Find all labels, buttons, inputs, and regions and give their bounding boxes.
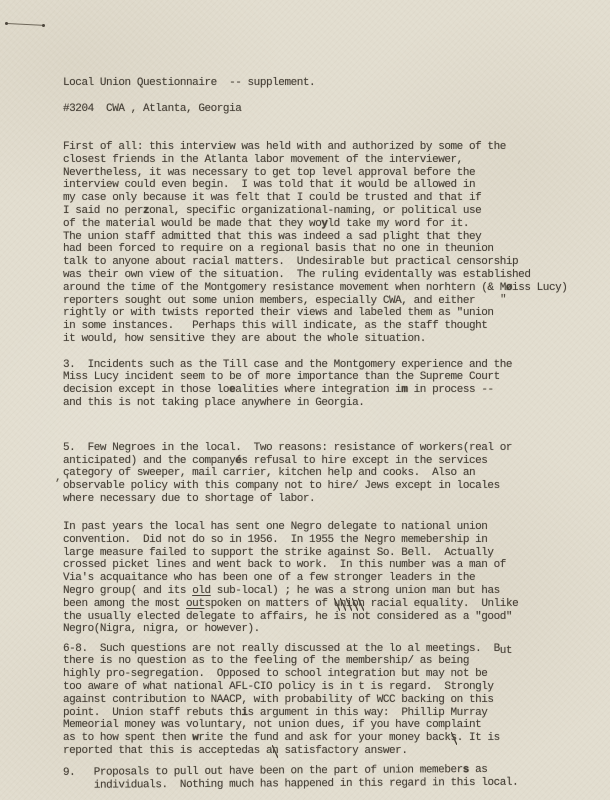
text-run: old <box>192 585 210 597</box>
doc-line: there is no question as to the feeling o… <box>63 655 598 668</box>
doc-line: Local Union Questionnaire -- supplement. <box>63 77 598 90</box>
text-run: crossed picket lines and went back to wo… <box>63 559 506 571</box>
doc-line: Miss Lucy incident seem to be of more im… <box>63 371 598 384</box>
header-title: Local Union Questionnaire -- supplement. <box>63 77 598 90</box>
para-item-9: 9. Proposals to pull out have been on th… <box>63 764 598 793</box>
doc-line: my case only because it was felt that I … <box>63 192 598 205</box>
doc-line: around the time of the Montgomery resist… <box>63 282 598 295</box>
para-item-5: 5. Few Negroes in the local. Two reasons… <box>63 442 598 506</box>
stray-ink-character: " <box>500 294 507 306</box>
text-run: Negro(Nigra, nigra, or however). <box>63 623 260 635</box>
text-run: against contribution to NAACP, with prob… <box>63 694 494 706</box>
doc-line: large measure failed to support the stri… <box>63 547 598 560</box>
text-run: onal, specific organizational-naming, or… <box>149 205 481 217</box>
text-run: of the material would be made that they … <box>63 218 321 230</box>
doc-line: observable policy with this company not … <box>63 480 598 493</box>
text-run: rightly or with twists reported their vi… <box>63 307 494 319</box>
text-run: I said no per <box>63 205 143 217</box>
doc-line: Memeorial money was voluntary, not union… <box>63 719 598 732</box>
doc-line: 5. Few Negroes in the local. Two reasons… <box>63 442 598 455</box>
text-run: observable policy with this company not … <box>63 480 500 492</box>
text-run: talk to anyone about racial matters. Und… <box>63 256 518 268</box>
stray-ink-character: ' <box>64 475 71 487</box>
text-run: #3204 CWA , Atlanta, Georgia <box>63 103 241 115</box>
text-run: around the time of the Montgomery resist… <box>63 282 506 294</box>
text-run: the usually elected delegate to affairs,… <box>63 611 512 623</box>
doc-line: individuals. Nothing much has happened i… <box>63 776 598 793</box>
typewritten-text-block: Local Union Questionnaire -- supplement.… <box>63 77 598 791</box>
text-run: had been forced to require on a regional… <box>63 243 494 255</box>
para-introduction: First of all: this interview was held wi… <box>63 141 598 346</box>
text-run: interview could even begin. I was told t… <box>63 179 475 191</box>
doc-line: was their own view of the situation. The… <box>63 269 598 282</box>
text-run: in some instances. Perhaps this will ind… <box>63 320 487 332</box>
text-run: was their own view of the situation. The… <box>63 269 530 281</box>
text-run: it would, how sensitive they are about t… <box>63 333 426 345</box>
text-run: category of sweeper, mail carrier, kitch… <box>63 467 475 479</box>
text-run: . It is <box>457 732 500 744</box>
text-run: Nevertheless, it was necessary to get to… <box>63 167 475 179</box>
doc-line: where necessary due to shortage of labor… <box>63 493 598 506</box>
doc-line: decision except in those loealities wher… <box>63 384 598 397</box>
text-run: closest friends in the Atlanta labor mov… <box>63 154 463 166</box>
doc-line: Negro group( and its old sub-local) ; he… <box>63 585 598 598</box>
doc-line: interview could even begin. I was told t… <box>63 179 598 192</box>
ink-dot <box>5 22 8 25</box>
doc-line: Negro(Nigra, nigra, or however). <box>63 623 598 636</box>
text-run: alities where integration i <box>235 384 401 396</box>
text-run: iss Lucy) <box>512 282 567 294</box>
text-run: in process -- <box>408 384 494 396</box>
text-run: 5. Few Negroes in the local. Two reasons… <box>63 442 512 454</box>
doc-line: #3204 CWA , Atlanta, Georgia <box>63 103 598 116</box>
text-run: Miss Lucy incident seem to be of more im… <box>63 371 500 383</box>
text-run: satisfactory answer. <box>278 745 407 757</box>
ink-dot <box>42 24 45 27</box>
text-run: 6-8. Such questions are not really discu… <box>63 643 500 655</box>
text-run: rite the fund and ask for your money bac… <box>198 732 450 744</box>
doc-line: had been forced to require on a regional… <box>63 243 598 256</box>
text-run: The union staff admitted that this was i… <box>63 231 481 243</box>
text-run: as <box>469 764 488 776</box>
stray-ink-character: , <box>55 472 62 484</box>
text-run: s argument in this way: Phillip Murray <box>248 707 488 719</box>
text-run: s refusal to hire except in the services <box>241 455 487 467</box>
text-run: Memeorial money was voluntary, not union… <box>63 719 481 731</box>
doc-line: reported that this is acceptedas an sati… <box>63 745 598 758</box>
para-delegate: In past years the local has sent one Neg… <box>63 521 598 636</box>
text-run: too aware of what national AFL-CIO polic… <box>63 681 494 693</box>
doc-line: talk to anyone about racial matters. Und… <box>63 256 598 269</box>
text-run: In past years the local has sent one Neg… <box>63 521 487 533</box>
doc-line: I said no perzonal, specific organizatio… <box>63 205 598 218</box>
text-run: point. Union staff rebuts th <box>63 707 241 719</box>
text-run: individuals. Nothing much has happened i… <box>63 777 518 792</box>
doc-line: crossed picket lines and went back to wo… <box>63 559 598 572</box>
text-run: spoken on matters of <box>205 598 334 610</box>
text-run: large measure failed to support the stri… <box>63 547 494 559</box>
text-run: been among the most <box>63 598 186 610</box>
doc-line: too aware of what national AFL-CIO polic… <box>63 681 598 694</box>
text-run: First of all: this interview was held wi… <box>63 141 506 153</box>
doc-line: highly pro-segregation. Opposed to schoo… <box>63 668 598 681</box>
text-run: 3. Incidents such as the Till case and t… <box>63 359 512 371</box>
doc-line: of the material would be made that they … <box>63 218 598 231</box>
text-run: ut <box>500 644 512 657</box>
text-run: Local Union Questionnaire -- supplement. <box>63 77 315 89</box>
header-local-id: #3204 CWA , Atlanta, Georgia <box>63 103 598 116</box>
doc-line: and this is not taking place anywhere in… <box>63 397 598 410</box>
doc-line: as to how spent then write the fund and … <box>63 732 598 745</box>
text-run: sub-local) ; he was a strong union man b… <box>211 585 500 597</box>
text-run: out <box>186 598 204 610</box>
para-item-3: 3. Incidents such as the Till case and t… <box>63 359 598 410</box>
text-run: reported that this is acceptedas a <box>63 745 272 757</box>
doc-line: point. Union staff rebuts this argument … <box>63 707 598 720</box>
doc-line: anticipated) and the companyés refusal t… <box>63 455 598 468</box>
doc-line: in some instances. Perhaps this will ind… <box>63 320 598 333</box>
text-run: convention. Did not do so in 1956. In 19… <box>63 534 487 546</box>
doc-line: the usually elected delegate to affairs,… <box>63 611 598 624</box>
doc-line: rightly or with twists reported their vi… <box>63 307 598 320</box>
text-run: Via's acquaitance who has been one of a … <box>63 572 475 584</box>
para-item-6-8: 6-8. Such questions are not really discu… <box>63 643 598 758</box>
doc-line: Nevertheless, it was necessary to get to… <box>63 167 598 180</box>
doc-line: reporters sought out some union members,… <box>63 295 598 308</box>
text-run: there is no question as to the feeling o… <box>63 655 469 667</box>
scratch-mark <box>7 23 44 26</box>
doc-line: it would, how sensitive they are about t… <box>63 333 598 346</box>
doc-line: Via's acquaitance who has been one of a … <box>63 572 598 585</box>
text-run: as to how spent then <box>63 732 192 744</box>
doc-line: In past years the local has sent one Neg… <box>63 521 598 534</box>
document-page: Local Union Questionnaire -- supplement.… <box>0 0 610 800</box>
doc-line: 6-8. Such questions are not really discu… <box>63 643 598 656</box>
text-run: racial equality. Unlike <box>364 598 518 610</box>
doc-line: The union staff admitted that this was i… <box>63 231 598 244</box>
doc-line: 3. Incidents such as the Till case and t… <box>63 359 598 372</box>
doc-line: closest friends in the Atlanta labor mov… <box>63 154 598 167</box>
text-run: where necessary due to shortage of labor… <box>63 493 315 505</box>
doc-line: been among the most outspoken on matters… <box>63 598 598 611</box>
text-run: reporters sought out some union members,… <box>63 295 475 307</box>
doc-line: convention. Did not do so in 1956. In 19… <box>63 534 598 547</box>
text-run: ld take my word for it. <box>328 218 469 230</box>
doc-line: against contribution to NAACP, with prob… <box>63 694 598 707</box>
text-run: anticipated) and the company <box>63 455 235 467</box>
doc-line: First of all: this interview was held wi… <box>63 141 598 154</box>
text-run: highly pro-segregation. Opposed to schoo… <box>63 668 487 680</box>
text-run: decision except in those lo <box>63 384 229 396</box>
text-run: and this is not taking place anywhere in… <box>63 397 364 409</box>
text-run: Negro group( and its <box>63 585 192 597</box>
text-run: my case only because it was felt that I … <box>63 192 481 204</box>
doc-line: category of sweeper, mail carrier, kitch… <box>63 467 598 480</box>
